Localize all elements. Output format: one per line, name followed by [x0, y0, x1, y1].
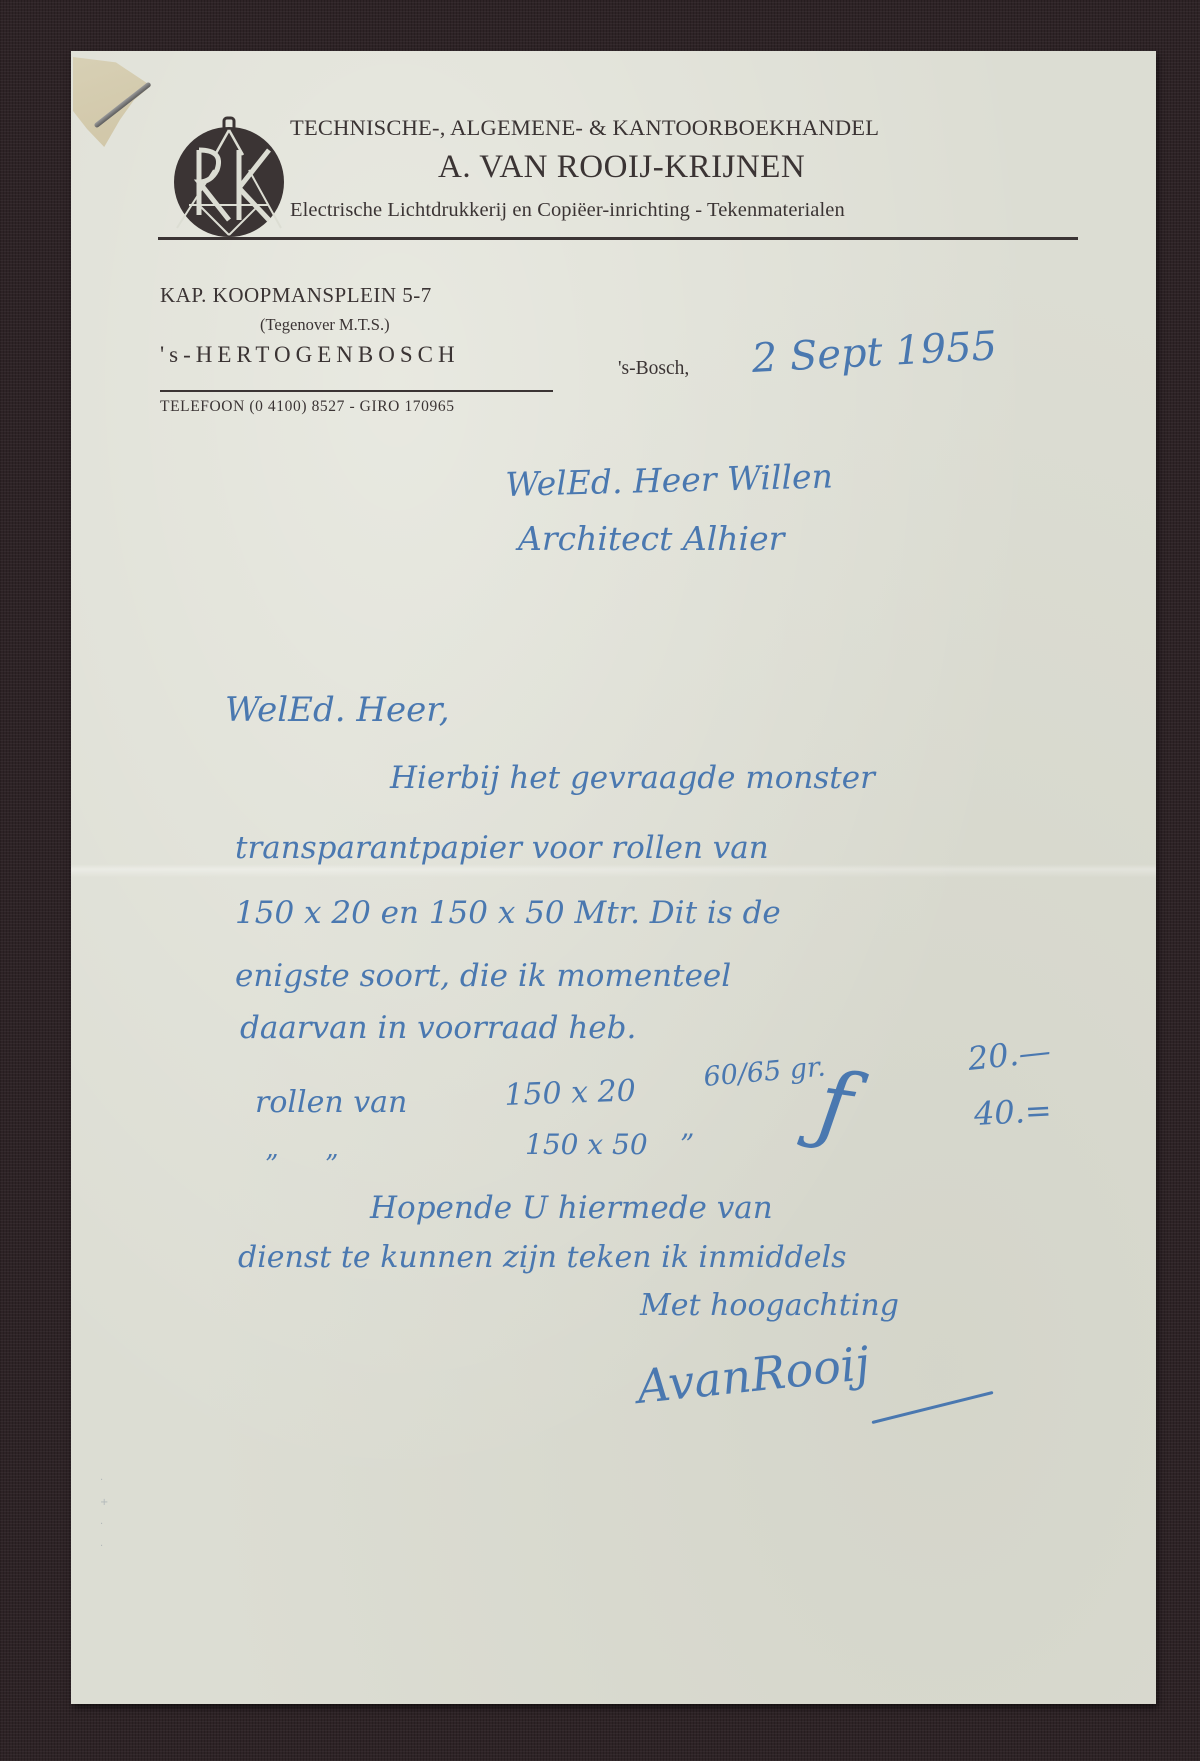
- ditto-mark: ”: [325, 1150, 338, 1180]
- price-row-size: 150 x 50: [525, 1128, 648, 1161]
- compass-monogram-logo-icon: [169, 110, 289, 240]
- letterhead-business-type: TECHNISCHE-, ALGEMENE- & KANTOORBOEKHAND…: [290, 115, 879, 141]
- addressee-title: Architect Alhier: [518, 519, 784, 558]
- address-contact: TELEFOON (0 4100) 8527 - GIRO 170965: [160, 398, 455, 416]
- price-list-label: rollen van: [255, 1085, 407, 1120]
- address-divider: [160, 390, 553, 392]
- ditto-mark: ”: [265, 1150, 278, 1180]
- faint-pencil-marks: ·+··: [100, 1470, 108, 1558]
- closing-line: Hopende U hiermede van: [370, 1190, 773, 1226]
- closing-line: dienst te kunnen zijn teken ik inmiddels: [238, 1240, 847, 1275]
- letterhead-divider: [158, 237, 1078, 240]
- letterhead-company-name: A. VAN ROOIJ-KRIJNEN: [438, 149, 805, 186]
- letterhead-services: Electrische Lichtdrukkerij en Copiëer-in…: [290, 199, 845, 222]
- address-street: KAP. KOOPMANSPLEIN 5-7: [160, 283, 432, 308]
- body-line: transparantpapier voor rollen van: [235, 830, 769, 866]
- body-line: daarvan in voorraad heb.: [240, 1010, 636, 1046]
- address-note: (Tegenover M.T.S.): [260, 315, 390, 335]
- price-row-weight-ditto: ”: [680, 1128, 694, 1161]
- price-row-amount: 40.=: [973, 1091, 1053, 1133]
- regards: Met hoogachting: [640, 1288, 899, 1323]
- salutation: WelEd. Heer,: [225, 690, 450, 730]
- dateline-place: 's-Bosch,: [618, 358, 689, 380]
- body-line: Hierbij het gevraagde monster: [390, 760, 875, 796]
- body-line: enigste soort, die ik momenteel: [235, 958, 731, 994]
- price-row-size: 150 x 20: [504, 1073, 637, 1113]
- body-line: 150 x 20 en 150 x 50 Mtr. Dit is de: [235, 895, 781, 931]
- address-city: 's-HERTOGENBOSCH: [160, 342, 460, 368]
